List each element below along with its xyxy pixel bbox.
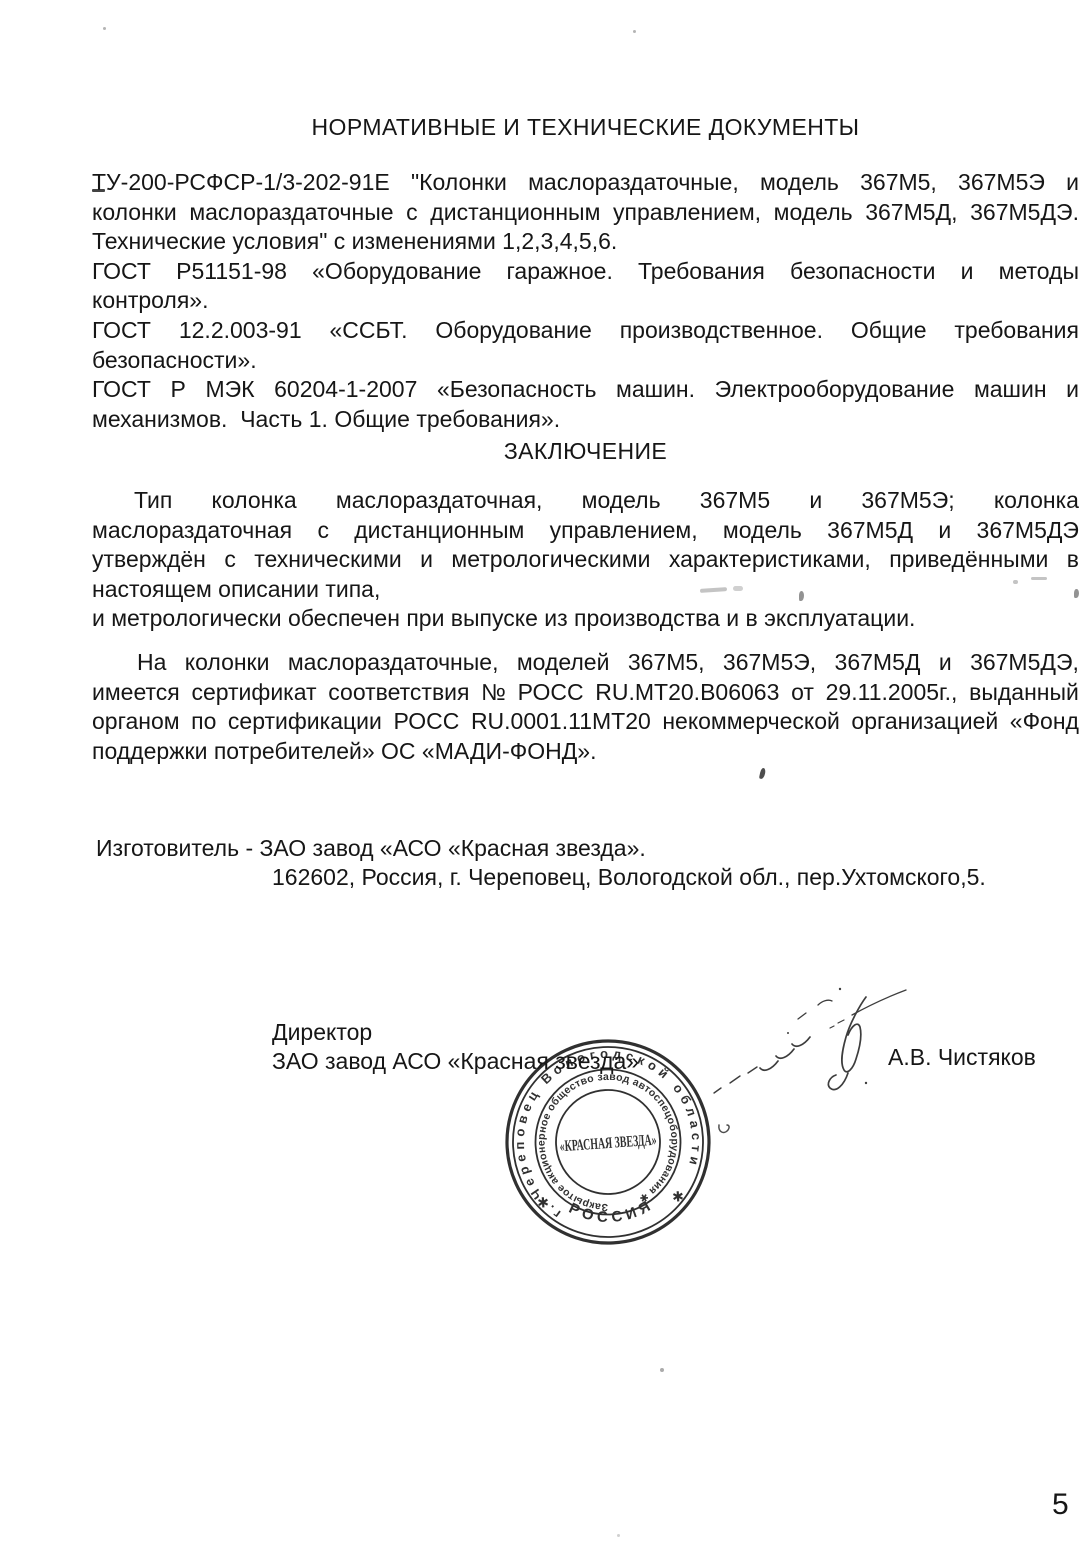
text-line: Технические условия" с изменениями 1,2,3… — [92, 227, 1079, 257]
erased-text-smudge — [733, 586, 743, 591]
scan-artifact — [103, 27, 106, 30]
text-line: органомпосертификацииРОССRU.0001.11МТ20н… — [92, 707, 1079, 737]
manufacturer-address-line: 162602, Россия, г. Череповец, Вологодско… — [272, 864, 986, 890]
text-line: Наколонкимаслораздаточные,моделей367М5,3… — [92, 648, 1079, 678]
text-line: утверждёнстехническимииметрологическимих… — [92, 545, 1079, 575]
text-line: ГОСТ12.2.003-91«ССБТ.Оборудованиепроизво… — [92, 316, 1079, 346]
standards-paragraphs: ТУ-200-РСФСР-1/3-202-91Е"Колонкимаслораз… — [92, 168, 1079, 434]
pen-hook-mark-icon — [716, 1122, 732, 1138]
erased-text-smudge — [1013, 580, 1018, 584]
text-line: поддержки потребителей» ОС «МАДИ-ФОНД». — [92, 737, 1079, 767]
stamp-star-right-icon: ✱ — [672, 1188, 685, 1205]
company-round-stamp-icon: г. Череповец Вологодской области РОССИЯ … — [498, 1032, 718, 1252]
text-line: безопасности». — [92, 346, 1079, 376]
scan-artifact — [660, 1368, 664, 1372]
scan-artifact — [92, 189, 105, 192]
text-line: колонкимаслораздаточныесдистанционнымупр… — [92, 198, 1079, 228]
signatory-role-line1: Директор — [272, 1019, 372, 1045]
erased-text-smudge — [1031, 577, 1047, 580]
scan-artifact — [633, 30, 636, 33]
text-line: и метрологически обеспечен при выпуске и… — [92, 604, 1079, 634]
manufacturer-line: Изготовитель - ЗАО завод «АСО «Красная з… — [96, 835, 646, 861]
stamp-group: г. Череповец Вологодской области РОССИЯ … — [502, 1036, 714, 1248]
text-line: механизмов. Часть 1. Общие требования». — [92, 405, 1079, 435]
text-line: имеетсясертификатсоответствия№РОССRU.МТ2… — [92, 678, 1079, 708]
stamp-star-left-icon: ✱ — [537, 1194, 550, 1211]
text-line: Типколонкамаслораздаточная,модель367М5и3… — [92, 486, 1079, 516]
heading-normative-documents: НОРМАТИВНЫЕ И ТЕХНИЧЕСКИЕ ДОКУМЕНТЫ — [92, 114, 1079, 141]
scan-artifact — [617, 1534, 620, 1537]
text-line: маслораздаточнаясдистанционнымуправление… — [92, 516, 1079, 546]
stray-apostrophe-mark — [759, 768, 766, 780]
heading-conclusion: ЗАКЛЮЧЕНИЕ — [92, 438, 1079, 465]
stamp-center-name-text: «КРАСНАЯ ЗВЕЗДА» — [559, 1132, 657, 1156]
text-line: настоящем описании типа, — [92, 575, 1079, 605]
scanned-document-page: НОРМАТИВНЫЕ И ТЕХНИЧЕСКИЕ ДОКУМЕНТЫ ЗАКЛ… — [0, 0, 1086, 1560]
text-line: ТУ-200-РСФСР-1/3-202-91Е"Колонкимаслораз… — [92, 168, 1079, 198]
text-line: контроля». — [92, 286, 1079, 316]
signature-scribble-icon — [690, 975, 920, 1105]
certificate-paragraph: Наколонкимаслораздаточные,моделей367М5,3… — [92, 648, 1079, 766]
conclusion-paragraph: Типколонкамаслораздаточная,модель367М5и3… — [92, 486, 1079, 634]
page-number: 5 — [1052, 1488, 1069, 1522]
text-line: ГОСТРМЭК60204-1-2007«Безопасностьмашин.Э… — [92, 375, 1079, 405]
text-line: ГОСТР51151-98«Оборудованиегаражное.Требо… — [92, 257, 1079, 287]
